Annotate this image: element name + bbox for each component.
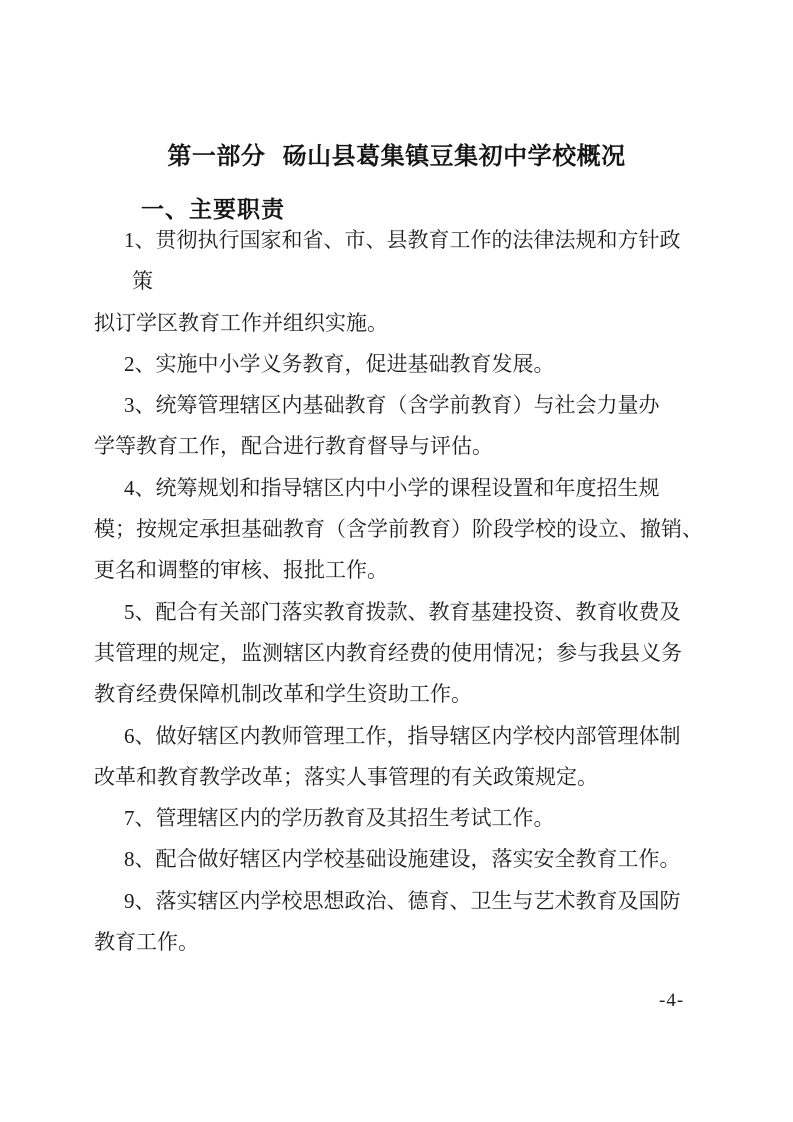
body-line: 更名和调整的审核、报批工作。	[94, 550, 710, 591]
document-page: 第一部分 砀山县葛集镇豆集初中学校概况 一、主要职责 1、贯彻执行国家和省、市、…	[0, 0, 793, 1122]
body-line: 6、做好辖区内教师管理工作，指导辖区内学校内部管理体制	[94, 716, 710, 757]
body-line: 8、配合做好辖区内学校基础设施建设，落实安全教育工作。	[94, 839, 710, 880]
body-line: 拟订学区教育工作并组织实施。	[94, 303, 710, 344]
body-line: 教育工作。	[94, 922, 710, 963]
body-line: 教育经费保障机制改革和学生资助工作。	[94, 674, 710, 715]
body-lines: 1、贯彻执行国家和省、市、县教育工作的法律法规和方针政策拟订学区教育工作并组织实…	[94, 220, 710, 963]
document-title: 第一部分 砀山县葛集镇豆集初中学校概况	[0, 140, 793, 174]
body-line: 3、统筹管理辖区内基础教育（含学前教育）与社会力量办	[94, 385, 710, 426]
body-line: 其管理的规定，监测辖区内教育经费的使用情况；参与我县义务	[94, 633, 710, 674]
page-number: -4-	[659, 990, 684, 1012]
body-line: 4、统筹规划和指导辖区内中小学的课程设置和年度招生规	[94, 468, 710, 509]
body-line: 9、落实辖区内学校思想政治、德育、卫生与艺术教育及国防	[94, 881, 710, 922]
body-line: 学等教育工作，配合进行教育督导与评估。	[94, 426, 710, 467]
body-line: 策	[94, 261, 710, 302]
body-line: 1、贯彻执行国家和省、市、县教育工作的法律法规和方针政	[94, 220, 710, 261]
body-line: 模；按规定承担基础教育（含学前教育）阶段学校的设立、撤销、	[94, 509, 710, 550]
body-line: 5、配合有关部门落实教育拨款、教育基建投资、教育收费及	[94, 592, 710, 633]
body-line: 7、管理辖区内的学历教育及其招生考试工作。	[94, 798, 710, 839]
body-line: 改革和教育教学改革；落实人事管理的有关政策规定。	[94, 757, 710, 798]
body-line: 2、实施中小学义务教育，促进基础教育发展。	[94, 344, 710, 385]
